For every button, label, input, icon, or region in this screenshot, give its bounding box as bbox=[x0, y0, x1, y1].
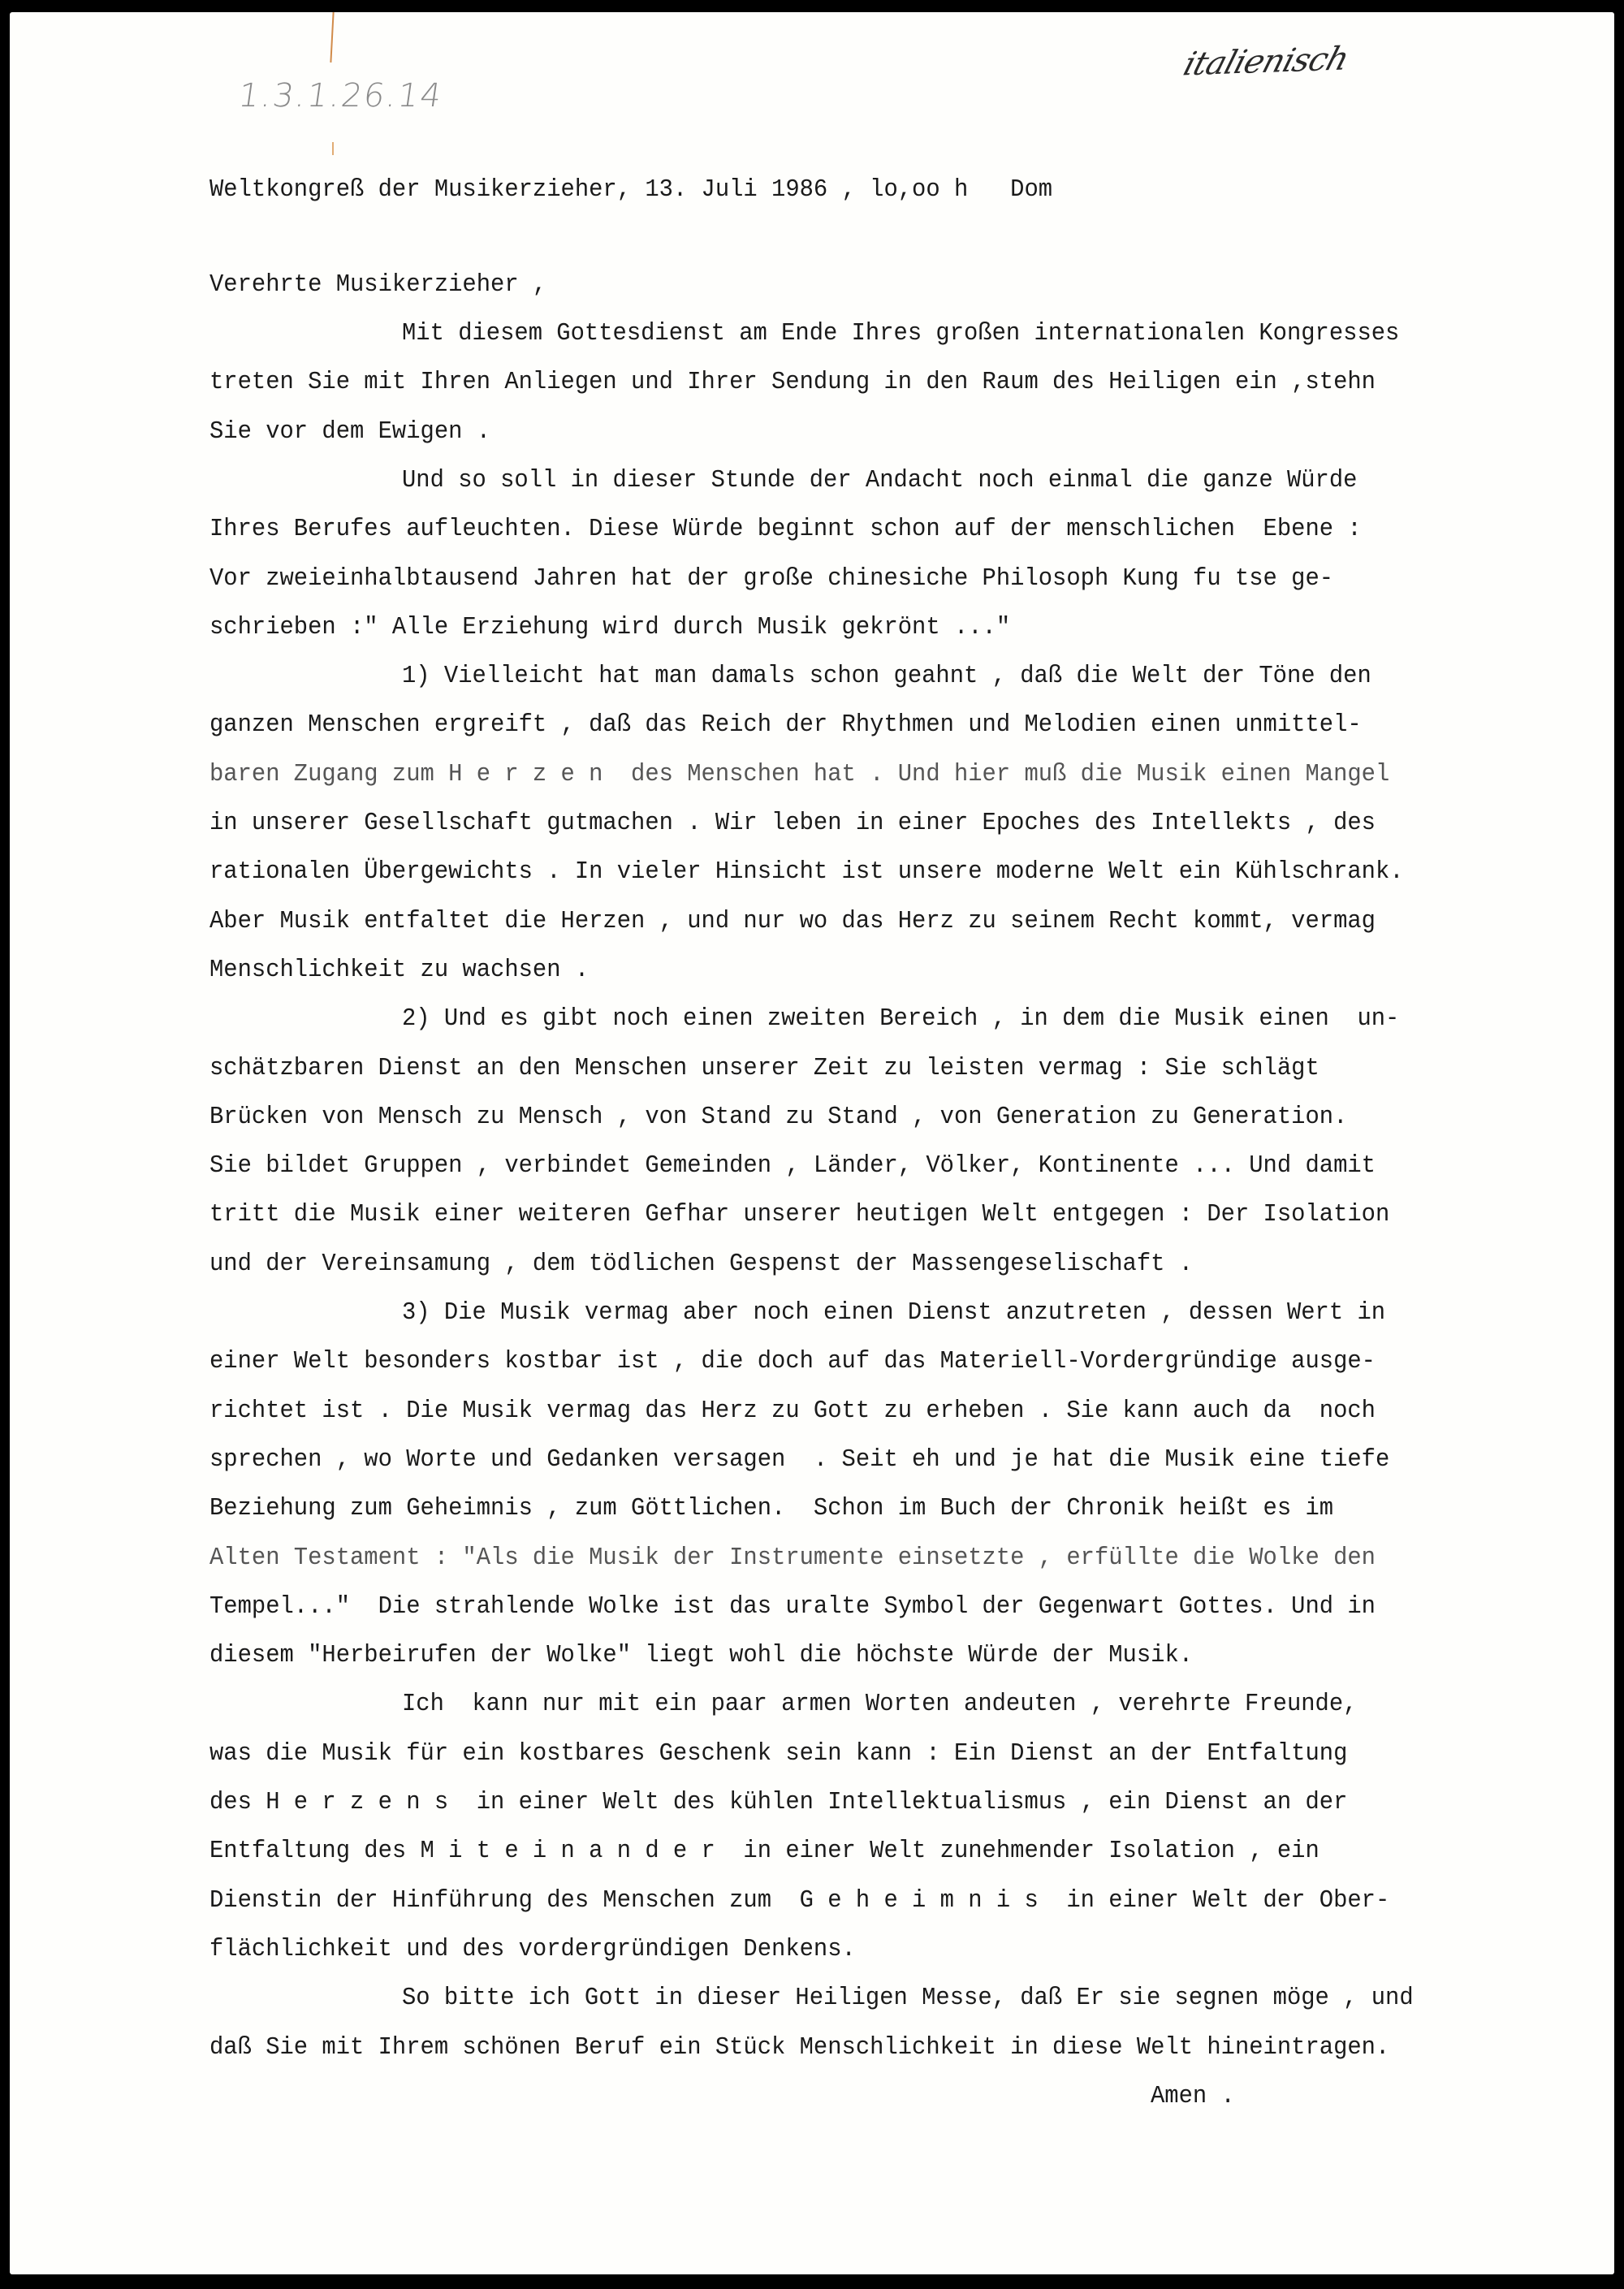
text-line: Entfaltung des M i t e i n a n d e r in … bbox=[209, 1838, 1319, 1864]
header-line: Weltkongreß der Musikerzieher, 13. Juli … bbox=[209, 177, 1052, 202]
text-line: 1) Vielleicht hat man damals schon geahn… bbox=[402, 663, 1371, 689]
text-line: Und so soll in dieser Stunde der Andacht… bbox=[402, 468, 1357, 493]
text-line: Menschlichkeit zu wachsen . bbox=[209, 957, 589, 983]
text-line: Beziehung zum Geheimnis , zum Göttlichen… bbox=[209, 1496, 1333, 1521]
text-line: treten Sie mit Ihren Anliegen und Ihrer … bbox=[209, 369, 1376, 395]
text-line: richtet ist . Die Musik vermag das Herz … bbox=[209, 1398, 1376, 1423]
text-line: Ihres Berufes aufleuchten. Diese Würde b… bbox=[209, 516, 1362, 542]
text-line: Sie vor dem Ewigen . bbox=[209, 419, 490, 444]
text-line: was die Musik für ein kostbares Geschenk… bbox=[209, 1741, 1347, 1766]
text-line: So bitte ich Gott in dieser Heiligen Mes… bbox=[402, 1985, 1414, 2010]
text-line: Vor zweieinhalbtausend Jahren hat der gr… bbox=[209, 566, 1333, 591]
text-line: schätzbaren Dienst an den Menschen unser… bbox=[209, 1056, 1319, 1081]
text-line: Mit diesem Gottesdienst am Ende Ihres gr… bbox=[402, 321, 1399, 346]
text-line: Ich kann nur mit ein paar armen Worten a… bbox=[402, 1691, 1357, 1717]
handwritten-note: italienisch bbox=[1179, 41, 1353, 84]
document-page: 1.3.1.26.14 italienisch Weltkongreß der … bbox=[10, 12, 1614, 2274]
text-line: tritt die Musik einer weiteren Gefhar un… bbox=[209, 1202, 1389, 1227]
text-line: einer Welt besonders kostbar ist , die d… bbox=[209, 1349, 1376, 1374]
text-line: Dienstin der Hinführung des Menschen zum… bbox=[209, 1888, 1389, 1913]
text-line: sprechen , wo Worte und Gedanken versage… bbox=[209, 1447, 1389, 1472]
text-line: ganzen Menschen ergreift , daß das Reich… bbox=[209, 712, 1362, 737]
text-line: baren Zugang zum H e r z e n des Mensche… bbox=[209, 762, 1389, 787]
text-line: 2) Und es gibt noch einen zweiten Bereic… bbox=[402, 1006, 1399, 1031]
text-line: 3) Die Musik vermag aber noch einen Dien… bbox=[402, 1300, 1385, 1325]
salutation: Verehrte Musikerzieher , bbox=[209, 272, 546, 297]
text-line: Aber Musik entfaltet die Herzen , und nu… bbox=[209, 909, 1376, 934]
text-line: daß Sie mit Ihrem schönen Beruf ein Stüc… bbox=[209, 2035, 1389, 2060]
text-line: und der Vereinsamung , dem tödlichen Ges… bbox=[209, 1251, 1193, 1276]
text-line: Brücken von Mensch zu Mensch , von Stand… bbox=[209, 1104, 1347, 1129]
text-line: des H e r z e n s in einer Welt des kühl… bbox=[209, 1790, 1347, 1815]
archive-number: 1.3.1.26.14 bbox=[236, 77, 445, 114]
text-line: Tempel..." Die strahlende Wolke ist das … bbox=[209, 1594, 1376, 1619]
text-line: flächlichkeit und des vordergründigen De… bbox=[209, 1937, 856, 1962]
text-line: schrieben :" Alle Erziehung wird durch M… bbox=[209, 615, 1010, 640]
text-line: rationalen Übergewichts . In vieler Hins… bbox=[209, 859, 1404, 884]
text-line: Alten Testament : "Als die Musik der Ins… bbox=[209, 1545, 1376, 1570]
text-line: diesem "Herbeirufen der Wolke" liegt woh… bbox=[209, 1643, 1193, 1668]
staple-mark bbox=[330, 12, 334, 63]
text-line: in unserer Gesellschaft gutmachen . Wir … bbox=[209, 810, 1376, 836]
text-line: Sie bildet Gruppen , verbindet Gemeinden… bbox=[209, 1153, 1376, 1178]
staple-mark bbox=[332, 142, 334, 155]
closing-amen: Amen . bbox=[1151, 2084, 1235, 2109]
